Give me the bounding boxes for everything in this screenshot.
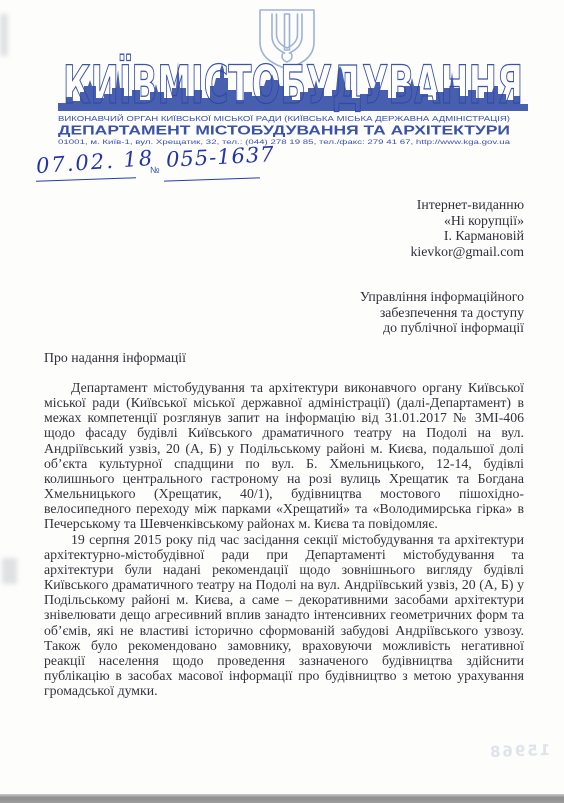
reference-line: 07.02. 18 № 055-1637 [36,146,316,190]
recipient-block: Інтернет-виданню «Ні корупції» І. Карман… [411,197,524,259]
address-line: 01001, м. Київ-1, вул. Хрещатик, 32, тел… [58,139,510,146]
department-line: ДЕПАРТАМЕНТ МІСТОБУДУВАННЯ ТА АРХІТЕКТУР… [58,123,510,138]
letterhead: КИЇВМІСТОБУДУВАННЯ ВИКОНАВЧИЙ ОРГАН КИЇВ… [0,0,564,150]
scan-smudge [2,558,17,584]
copy-to-block: Управління інформаційного забезпечення т… [360,289,524,336]
recipient-line: Інтернет-виданню [411,197,524,213]
date-underline [36,177,136,181]
copy-to-line: Управління інформаційного [360,289,524,305]
recipient-email: kievkor@gmail.com [411,244,524,260]
paragraph: Департамент містобудування та архітектур… [44,380,524,532]
scanned-letter-page: КИЇВМІСТОБУДУВАННЯ ВИКОНАВЧИЙ ОРГАН КИЇВ… [0,0,564,803]
scan-edge-strip [0,794,564,803]
paragraph: 19 серпня 2015 року під час засідання се… [44,532,524,699]
recipient-line: «Ні корупції» [411,213,524,229]
bleedthrough-stamp-number: 15968 [488,741,551,761]
number-sign: № [150,165,160,175]
subject-line: Про надання інформації [44,350,186,366]
number-underline [164,177,260,181]
recipient-line: І. Кармановій [411,228,524,244]
copy-to-line: забезпечення та доступу [360,305,524,321]
scan-smudge [0,14,8,56]
handwritten-date: 07.02. 18 [35,146,155,178]
handwritten-number: 055-1637 [165,142,275,172]
letter-body: Департамент містобудування та архітектур… [44,380,524,698]
copy-to-line: до публічної інформації [360,320,524,336]
